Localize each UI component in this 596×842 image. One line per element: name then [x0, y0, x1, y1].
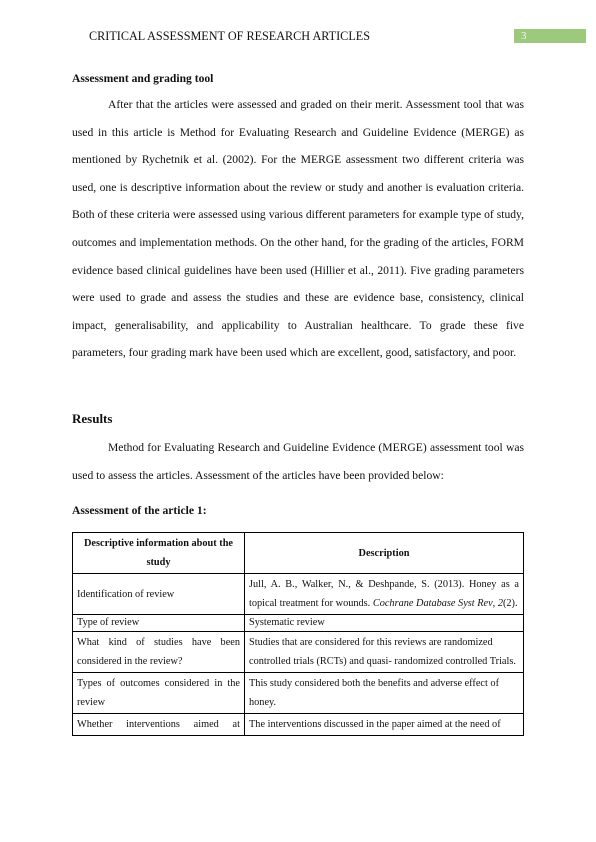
assessment-tool-paragraph: After that the articles were assessed an…	[72, 91, 524, 367]
page-number-badge: 3	[514, 29, 586, 43]
section-heading-assessment-tool: Assessment and grading tool	[72, 72, 213, 85]
article-1-assessment-table: Descriptive information about the study …	[72, 532, 524, 736]
row-description: Systematic review	[245, 615, 524, 632]
citation-journal: Cochrane Database Syst Rev	[373, 598, 493, 609]
header-title: CRITICAL ASSESSMENT OF RESEARCH ARTICLES	[89, 29, 370, 44]
article-1-subheading: Assessment of the article 1:	[72, 504, 207, 517]
row-description: This study considered both the benefits …	[245, 673, 524, 714]
row-description: Studies that are considered for this rev…	[245, 632, 524, 673]
row-description: The interventions discussed in the paper…	[245, 714, 524, 736]
table-row: Type of review Systematic review	[73, 615, 524, 632]
table-row: Types of outcomes considered in the revi…	[73, 673, 524, 714]
results-heading: Results	[72, 411, 112, 427]
column-header-description: Description	[245, 533, 524, 574]
results-paragraph: Method for Evaluating Research and Guide…	[72, 434, 524, 489]
column-header-descriptive-info: Descriptive information about the study	[73, 533, 245, 574]
row-label: Type of review	[73, 615, 245, 632]
row-description: Jull, A. B., Walker, N., & Deshpande, S.…	[245, 574, 524, 615]
table-row: Identification of review Jull, A. B., Wa…	[73, 574, 524, 615]
row-label: Identification of review	[73, 574, 245, 615]
row-label: What kind of studies have been considere…	[73, 632, 245, 673]
table-row: Whether interventions aimed at The inter…	[73, 714, 524, 736]
table-row: What kind of studies have been considere…	[73, 632, 524, 673]
row-label: Whether interventions aimed at	[73, 714, 245, 736]
row-label: Types of outcomes considered in the revi…	[73, 673, 245, 714]
table-header-row: Descriptive information about the study …	[73, 533, 524, 574]
citation-issue: (2).	[503, 598, 518, 609]
